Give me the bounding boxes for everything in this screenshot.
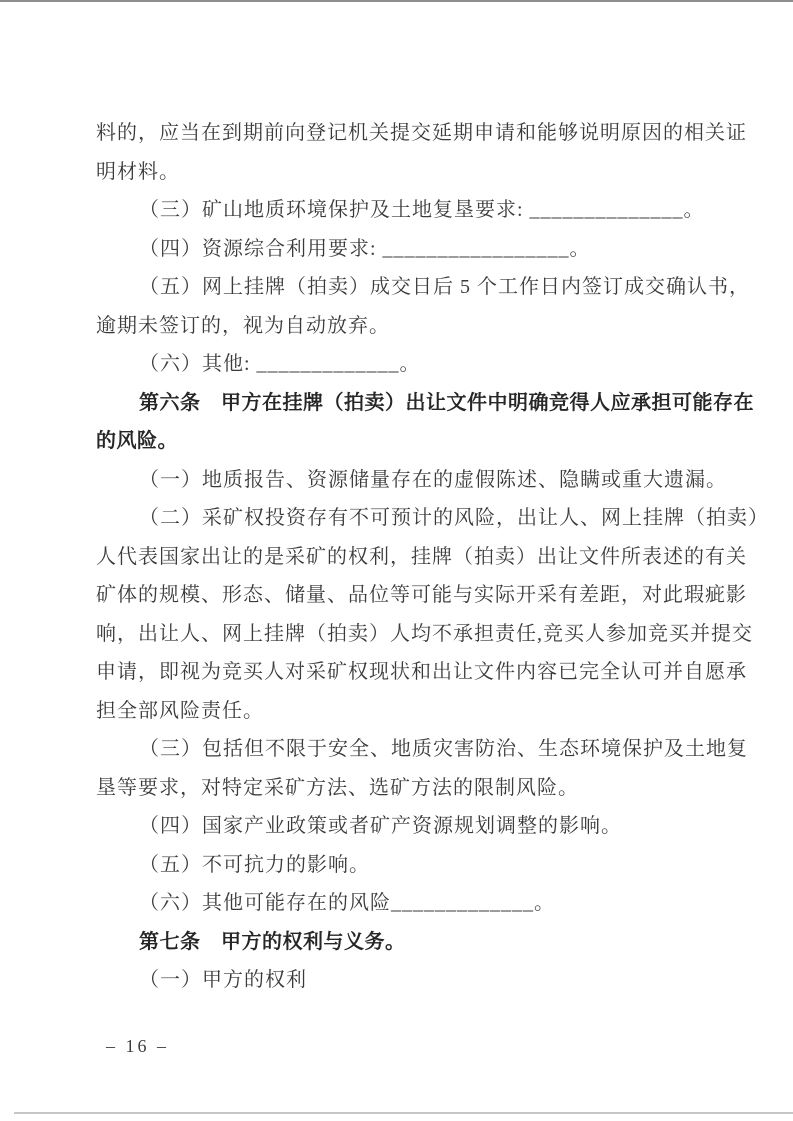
article-6-heading-line: 的风险。 xyxy=(96,422,704,461)
clause-line: （一）地质报告、资源储量存在的虚假陈述、隐瞒或重大遗漏。 xyxy=(96,461,704,500)
paragraph-continuation-line: 垦等要求，对特定采矿方法、选矿方法的限制风险。 xyxy=(96,769,704,808)
clause-line: （二）采矿权投资存有不可预计的风险，出让人、网上挂牌（拍卖） xyxy=(96,499,704,538)
paragraph-continuation-line: 申请，即视为竞买人对采矿权现状和出让文件内容已完全认可并自愿承 xyxy=(96,653,704,692)
clause-line: （三）包括但不限于安全、地质灾害防治、生态环境保护及土地复 xyxy=(96,730,704,769)
paragraph-continuation-line: 明材料。 xyxy=(96,153,704,192)
clause-line: （五）网上挂牌（拍卖）成交日后 5 个工作日内签订成交确认书， xyxy=(96,268,704,307)
paragraph-continuation-line: 人代表国家出让的是采矿的权利，挂牌（拍卖）出让文件所表述的有关 xyxy=(96,538,704,577)
fill-in-blank-line: （六）其他: _____________。 xyxy=(96,345,704,384)
clause-line: （四）国家产业政策或者矿产资源规划调整的影响。 xyxy=(96,807,704,846)
page-number: – 16 – xyxy=(106,1036,169,1057)
paragraph-continuation-line: 矿体的规模、形态、储量、品位等可能与实际开采有差距，对此瑕疵影 xyxy=(96,576,704,615)
fill-in-blank-line: （三）矿山地质环境保护及土地复垦要求: ______________。 xyxy=(96,191,704,230)
fill-in-blank-line: （六）其他可能存在的风险_____________。 xyxy=(96,884,704,923)
paragraph-continuation-line: 逾期未签订的，视为自动放弃。 xyxy=(96,307,704,346)
clause-line: （一）甲方的权利 xyxy=(96,961,704,1000)
article-7-heading-line: 第七条 甲方的权利与义务。 xyxy=(96,923,704,962)
page-bottom-edge xyxy=(14,1112,793,1114)
fill-in-blank-line: （四）资源综合利用要求: _________________。 xyxy=(96,230,704,269)
clause-line: （五）不可抗力的影响。 xyxy=(96,846,704,885)
page-top-edge xyxy=(0,0,793,2)
paragraph-continuation-line: 料的，应当在到期前向登记机关提交延期申请和能够说明原因的相关证 xyxy=(96,114,704,153)
document-page: 料的，应当在到期前向登记机关提交延期申请和能够说明原因的相关证 明材料。 （三）… xyxy=(0,0,793,1121)
article-6-heading-line: 第六条 甲方在挂牌（拍卖）出让文件中明确竞得人应承担可能存在 xyxy=(96,384,704,423)
paragraph-continuation-line: 响，出让人、网上挂牌（拍卖）人均不承担责任,竞买人参加竞买并提交 xyxy=(96,615,704,654)
contract-text: 料的，应当在到期前向登记机关提交延期申请和能够说明原因的相关证 明材料。 （三）… xyxy=(96,114,704,1000)
paragraph-continuation-line: 担全部风险责任。 xyxy=(96,692,704,731)
